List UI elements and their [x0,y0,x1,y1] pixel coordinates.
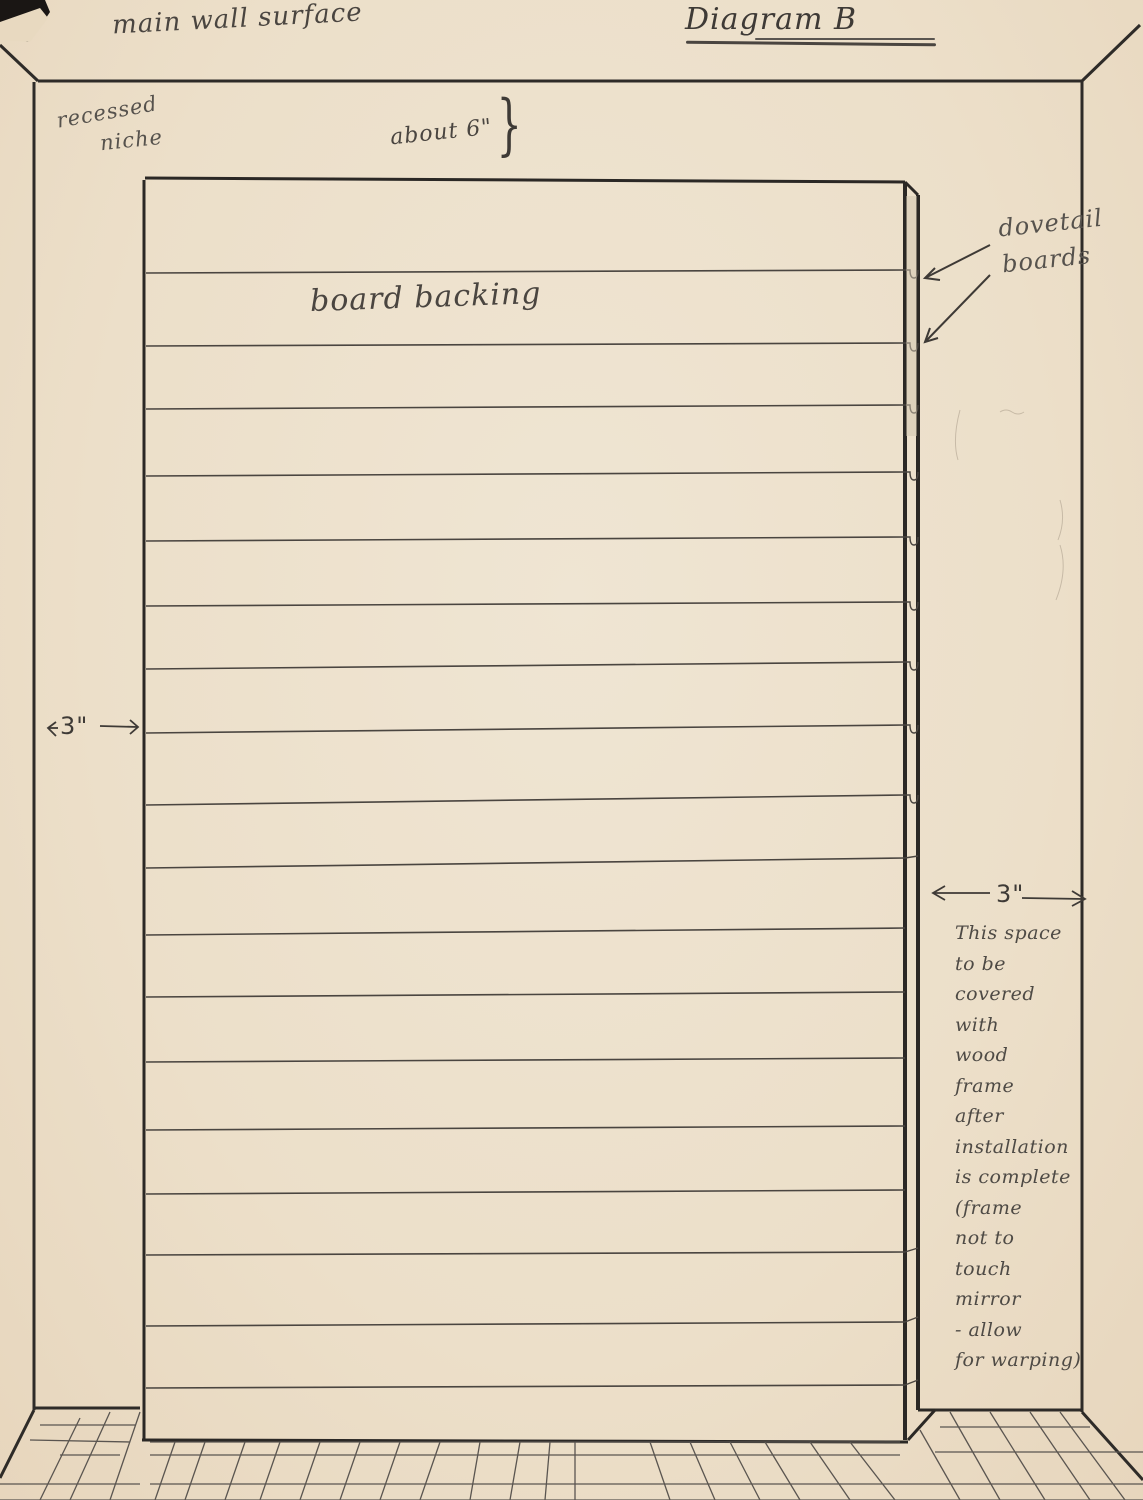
note-line: is complete [955,1162,1081,1193]
note-line: mirror [955,1284,1081,1315]
note-line: frame [955,1071,1081,1102]
note-line: covered [955,979,1081,1010]
erased-notes [955,410,1063,600]
depth-brace: } [497,86,523,163]
diagram-sheet: Diagram B main wall surface recessed nic… [0,0,1143,1500]
note-line: wood [955,1040,1081,1071]
diagram-title: Diagram B [685,2,857,37]
note-line: to be [955,949,1081,980]
floor-tiles [0,1412,1143,1500]
note-line: for warping) [955,1345,1081,1376]
title-underline-2 [755,38,935,40]
note-line: (frame [955,1193,1081,1224]
note-line: with [955,1010,1081,1041]
note-line: This space [955,918,1081,949]
note-line: not to [955,1223,1081,1254]
board-lines [146,270,905,1388]
dovetail-label: dovetail boards [997,200,1109,283]
note-line: after [955,1101,1081,1132]
left-dimension-label: 3" [60,712,88,740]
frame-instruction-note: This space to be covered with wood frame… [955,918,1081,1376]
dovetail-arrows [925,245,990,342]
note-line: - allow [955,1315,1081,1346]
note-line: touch [955,1254,1081,1285]
right-dimension-label: 3" [996,880,1024,908]
note-line: installation [955,1132,1081,1163]
